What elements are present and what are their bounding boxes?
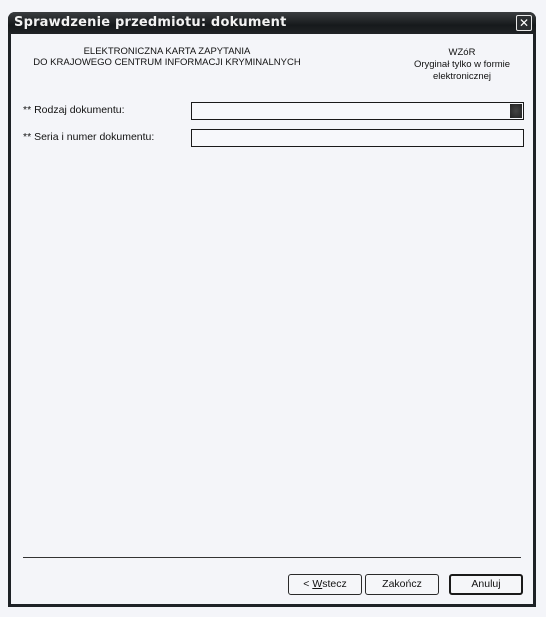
heading-line-2: DO KRAJOWEGO CENTRUM INFORMACJI KRYMINAL… bbox=[17, 57, 317, 68]
dropdown-arrow-icon[interactable] bbox=[510, 104, 522, 118]
document-type-label: ** Rodzaj dokumentu: bbox=[23, 104, 125, 116]
template-notice: WZóR Oryginał tylko w formie elektronicz… bbox=[397, 47, 527, 83]
back-button[interactable]: < Wstecz bbox=[288, 574, 362, 595]
notice-line-2: Oryginał tylko w formie bbox=[397, 59, 527, 71]
back-label-rest: stecz bbox=[322, 578, 347, 590]
finish-button[interactable]: Zakończ bbox=[365, 574, 439, 595]
notice-line-1: WZóR bbox=[397, 47, 527, 59]
back-accelerator: W bbox=[312, 578, 322, 590]
footer-divider bbox=[23, 557, 521, 558]
dialog-content: ELEKTRONICZNA KARTA ZAPYTANIA DO KRAJOWE… bbox=[11, 34, 533, 604]
window-title: Sprawdzenie przedmiotu: dokument bbox=[14, 15, 287, 30]
dialog-window: Sprawdzenie przedmiotu: dokument ✕ ELEKT… bbox=[8, 12, 536, 607]
title-bar[interactable]: Sprawdzenie przedmiotu: dokument ✕ bbox=[8, 12, 536, 34]
cancel-button[interactable]: Anuluj bbox=[449, 574, 523, 595]
heading-line-1: ELEKTRONICZNA KARTA ZAPYTANIA bbox=[17, 46, 317, 57]
document-number-label: ** Seria i numer dokumentu: bbox=[23, 131, 154, 143]
document-number-input[interactable] bbox=[191, 129, 524, 147]
notice-line-3: elektronicznej bbox=[397, 71, 527, 83]
document-type-combobox[interactable] bbox=[191, 102, 524, 120]
close-icon[interactable]: ✕ bbox=[516, 15, 532, 31]
back-prefix: < bbox=[303, 578, 312, 590]
form-heading: ELEKTRONICZNA KARTA ZAPYTANIA DO KRAJOWE… bbox=[17, 46, 317, 68]
